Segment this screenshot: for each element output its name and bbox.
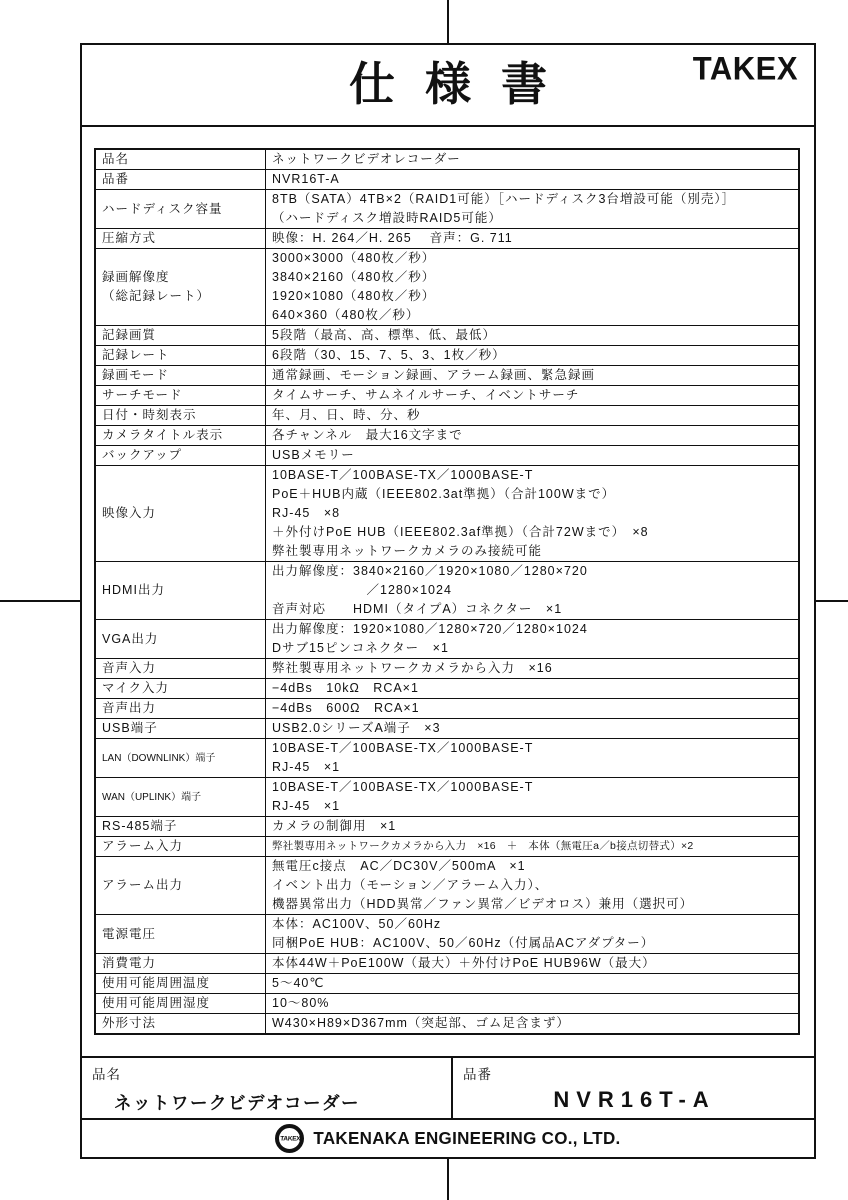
spec-value: −4dBs 10kΩ RCA×1 (266, 679, 798, 698)
spec-row: 使用可能周囲温度5～40℃ (96, 974, 798, 994)
spec-value-line: ＋外付けPoE HUB（IEEE802.3af準拠）（合計72Wまで） ×8 (272, 523, 796, 542)
spec-value-line: NVR16T-A (272, 170, 796, 189)
sheet-body: 品名ネットワークビデオレコーダー品番NVR16T-Aハードディスク容量8TB（S… (82, 127, 814, 1056)
spec-label: 使用可能周囲湿度 (96, 994, 266, 1013)
spec-value-line: 同梱PoE HUB：AC100V、50／60Hz（付属品ACアダプター） (272, 934, 796, 953)
spec-value-line: 無電圧c接点 AC／DC30V／500mA ×1 (272, 857, 796, 876)
spec-value: 5段階（最高、高、標準、低、最低） (266, 326, 798, 345)
spec-label: HDMI出力 (96, 562, 266, 619)
spec-label: 録画モード (96, 366, 266, 385)
spec-value-line: 出力解像度：3840×2160／1920×1080／1280×720 (272, 562, 796, 581)
spec-value-line: 弊社製専用ネットワークカメラのみ接続可能 (272, 542, 796, 561)
spec-value: 弊社製専用ネットワークカメラから入力 ×16 ＋ 本体（無電圧a／b接点切替式）… (266, 837, 798, 856)
spec-value-line: イベント出力（モーション／アラーム入力）、 (272, 876, 796, 895)
spec-value-line: 本体44W＋PoE100W（最大）＋外付けPoE HUB96W（最大） (272, 954, 796, 973)
spec-value: USBメモリー (266, 446, 798, 465)
spec-value-line: RJ-45 ×1 (272, 758, 796, 777)
spec-value-line: 5段階（最高、高、標準、低、最低） (272, 326, 796, 345)
spec-label: USB端子 (96, 719, 266, 738)
spec-row: HDMI出力出力解像度：3840×2160／1920×1080／1280×720… (96, 562, 798, 620)
spec-value: 通常録画、モーション録画、アラーム録画、緊急録画 (266, 366, 798, 385)
spec-value-line: 5～40℃ (272, 974, 796, 993)
takex-logo-text: TAKEX (279, 1135, 300, 1142)
spec-value: USB2.0シリーズA端子 ×3 (266, 719, 798, 738)
spec-row: 使用可能周囲湿度10～80% (96, 994, 798, 1014)
spec-value-line: RJ-45 ×8 (272, 504, 796, 523)
spec-value-line: ／1280×1024 (272, 581, 796, 600)
spec-label: 消費電力 (96, 954, 266, 973)
spec-label: 品名 (96, 150, 266, 169)
spec-label: カメラタイトル表示 (96, 426, 266, 445)
spec-value-line: 通常録画、モーション録画、アラーム録画、緊急録画 (272, 366, 796, 385)
spec-row: WAN（UPLINK）端子10BASE-T／100BASE-TX／1000BAS… (96, 778, 798, 817)
spec-label: 外形寸法 (96, 1014, 266, 1033)
spec-value-line: 10BASE-T／100BASE-TX／1000BASE-T (272, 739, 796, 758)
spec-value: 出力解像度：3840×2160／1920×1080／1280×720 ／1280… (266, 562, 798, 619)
spec-value-line: 10～80% (272, 994, 796, 1013)
spec-value: 各チャンネル 最大16文字まで (266, 426, 798, 445)
takex-logo-icon: TAKEX (275, 1124, 304, 1153)
spec-value: 映像：H. 264／H. 265 音声：G. 711 (266, 229, 798, 248)
spec-value-line: 8TB（SATA）4TB×2（RAID1可能）［ハードディスク3台増設可能（別売… (272, 190, 796, 209)
spec-value-line: 弊社製専用ネットワークカメラから入力 ×16 ＋ 本体（無電圧a／b接点切替式）… (272, 837, 796, 856)
spec-value-line: USB2.0シリーズA端子 ×3 (272, 719, 796, 738)
spec-value: ネットワークビデオレコーダー (266, 150, 798, 169)
spec-label: アラーム出力 (96, 857, 266, 914)
spec-value-line: （ハードディスク増設時RAID5可能） (272, 209, 796, 228)
spec-label: 日付・時刻表示 (96, 406, 266, 425)
spec-label: 電源電圧 (96, 915, 266, 953)
spec-label: LAN（DOWNLINK）端子 (96, 739, 266, 777)
spec-value-line: 10BASE-T／100BASE-TX／1000BASE-T (272, 778, 796, 797)
spec-row: 外形寸法W430×H89×D367mm（突起部、ゴム足含まず） (96, 1014, 798, 1033)
registration-mark-top (447, 0, 449, 45)
spec-row: RS-485端子カメラの制御用 ×1 (96, 817, 798, 837)
spec-row: 記録レート6段階（30、15、7、5、3、1枚／秒） (96, 346, 798, 366)
spec-row: アラーム入力弊社製専用ネットワークカメラから入力 ×16 ＋ 本体（無電圧a／b… (96, 837, 798, 857)
spec-value-line: 640×360（480枚／秒） (272, 306, 796, 325)
spec-label: 品番 (96, 170, 266, 189)
spec-row: 映像入力10BASE-T／100BASE-TX／1000BASE-TPoE＋HU… (96, 466, 798, 562)
spec-row: カメラタイトル表示各チャンネル 最大16文字まで (96, 426, 798, 446)
spec-value-line: 6段階（30、15、7、5、3、1枚／秒） (272, 346, 796, 365)
spec-value-line: 年、月、日、時、分、秒 (272, 406, 796, 425)
registration-mark-right (814, 600, 848, 602)
spec-value: カメラの制御用 ×1 (266, 817, 798, 836)
spec-value-line: 本体：AC100V、50／60Hz (272, 915, 796, 934)
spec-value-line: 各チャンネル 最大16文字まで (272, 426, 796, 445)
spec-sheet-frame: 仕様書 TAKEX 品名ネットワークビデオレコーダー品番NVR16T-Aハードデ… (80, 43, 816, 1159)
footer-title-block: 品名 ネットワークビデオコーダー 品番 NVR16T-A (82, 1056, 814, 1118)
spec-row: バックアップUSBメモリー (96, 446, 798, 466)
spec-row: アラーム出力無電圧c接点 AC／DC30V／500mA ×1イベント出力（モーシ… (96, 857, 798, 915)
spec-row: 圧縮方式映像：H. 264／H. 265 音声：G. 711 (96, 229, 798, 249)
spec-value-line: 1920×1080（480枚／秒） (272, 287, 796, 306)
spec-row: 品番NVR16T-A (96, 170, 798, 190)
spec-value-line: −4dBs 600Ω RCA×1 (272, 699, 796, 718)
company-name: TAKENAKA ENGINEERING CO., LTD. (313, 1128, 620, 1149)
spec-value: 10BASE-T／100BASE-TX／1000BASE-TPoE＋HUB内蔵（… (266, 466, 798, 561)
spec-label: WAN（UPLINK）端子 (96, 778, 266, 816)
spec-value: 3000×3000（480枚／秒）3840×2160（480枚／秒）1920×1… (266, 249, 798, 325)
spec-value: 10BASE-T／100BASE-TX／1000BASE-TRJ-45 ×1 (266, 739, 798, 777)
spec-value-line: カメラの制御用 ×1 (272, 817, 796, 836)
spec-label: バックアップ (96, 446, 266, 465)
spec-value-line: W430×H89×D367mm（突起部、ゴム足含まず） (272, 1014, 796, 1033)
footer-product-number-cell: 品番 NVR16T-A (453, 1058, 814, 1118)
spec-value-line: タイムサーチ、サムネイルサーチ、イベントサーチ (272, 386, 796, 405)
spec-value-line: Dサブ15ピンコネクター ×1 (272, 639, 796, 658)
spec-value: 出力解像度：1920×1080／1280×720／1280×1024Dサブ15ピ… (266, 620, 798, 658)
spec-label: VGA出力 (96, 620, 266, 658)
spec-row: LAN（DOWNLINK）端子10BASE-T／100BASE-TX／1000B… (96, 739, 798, 778)
spec-row: VGA出力出力解像度：1920×1080／1280×720／1280×1024D… (96, 620, 798, 659)
sheet-header: 仕様書 TAKEX (82, 45, 814, 127)
spec-value: 8TB（SATA）4TB×2（RAID1可能）［ハードディスク3台増設可能（別売… (266, 190, 798, 228)
spec-table: 品名ネットワークビデオレコーダー品番NVR16T-Aハードディスク容量8TB（S… (94, 148, 800, 1035)
spec-row: 音声出力−4dBs 600Ω RCA×1 (96, 699, 798, 719)
spec-value: 本体44W＋PoE100W（最大）＋外付けPoE HUB96W（最大） (266, 954, 798, 973)
spec-value-line: 機器異常出力（HDD異常／ファン異常／ビデオロス）兼用（選択可） (272, 895, 796, 914)
spec-row: 録画解像度 （総記録レート）3000×3000（480枚／秒）3840×2160… (96, 249, 798, 326)
spec-label: ハードディスク容量 (96, 190, 266, 228)
spec-value-line: ネットワークビデオレコーダー (272, 150, 796, 169)
spec-value: 本体：AC100V、50／60Hz同梱PoE HUB：AC100V、50／60H… (266, 915, 798, 953)
spec-value: 弊社製専用ネットワークカメラから入力 ×16 (266, 659, 798, 678)
spec-row: 記録画質5段階（最高、高、標準、低、最低） (96, 326, 798, 346)
spec-row: 日付・時刻表示年、月、日、時、分、秒 (96, 406, 798, 426)
spec-value: 6段階（30、15、7、5、3、1枚／秒） (266, 346, 798, 365)
footer-name-label: 品名 (92, 1063, 443, 1083)
footer-name-value: ネットワークビデオコーダー (92, 1090, 443, 1115)
spec-value: −4dBs 600Ω RCA×1 (266, 699, 798, 718)
spec-row: ハードディスク容量8TB（SATA）4TB×2（RAID1可能）［ハードディスク… (96, 190, 798, 229)
spec-value-line: USBメモリー (272, 446, 796, 465)
spec-value-line: 映像：H. 264／H. 265 音声：G. 711 (272, 229, 796, 248)
spec-label: 音声入力 (96, 659, 266, 678)
footer-number-label: 品番 (463, 1063, 806, 1083)
spec-value: 10～80% (266, 994, 798, 1013)
company-bar: TAKEX TAKENAKA ENGINEERING CO., LTD. (82, 1118, 814, 1157)
spec-value-line: 3840×2160（480枚／秒） (272, 268, 796, 287)
spec-value: 10BASE-T／100BASE-TX／1000BASE-TRJ-45 ×1 (266, 778, 798, 816)
spec-value-line: 出力解像度：1920×1080／1280×720／1280×1024 (272, 620, 796, 639)
spec-row: サーチモードタイムサーチ、サムネイルサーチ、イベントサーチ (96, 386, 798, 406)
spec-label: 使用可能周囲温度 (96, 974, 266, 993)
spec-value-line: −4dBs 10kΩ RCA×1 (272, 679, 796, 698)
spec-row: 電源電圧本体：AC100V、50／60Hz同梱PoE HUB：AC100V、50… (96, 915, 798, 954)
spec-row: 音声入力弊社製専用ネットワークカメラから入力 ×16 (96, 659, 798, 679)
footer-number-value: NVR16T-A (463, 1087, 806, 1113)
spec-row: 録画モード通常録画、モーション録画、アラーム録画、緊急録画 (96, 366, 798, 386)
spec-label: 記録画質 (96, 326, 266, 345)
registration-mark-bottom (447, 1157, 449, 1200)
spec-label: サーチモード (96, 386, 266, 405)
spec-value: NVR16T-A (266, 170, 798, 189)
spec-label: 記録レート (96, 346, 266, 365)
spec-value-line: PoE＋HUB内蔵（IEEE802.3at準拠）（合計100Wまで） (272, 485, 796, 504)
spec-label: RS-485端子 (96, 817, 266, 836)
spec-value: 5～40℃ (266, 974, 798, 993)
spec-value: W430×H89×D367mm（突起部、ゴム足含まず） (266, 1014, 798, 1033)
spec-label: 音声出力 (96, 699, 266, 718)
spec-row: 品名ネットワークビデオレコーダー (96, 150, 798, 170)
brand-logo-text: TAKEX (693, 50, 798, 88)
spec-label: マイク入力 (96, 679, 266, 698)
spec-label: 録画解像度 （総記録レート） (96, 249, 266, 325)
spec-label: 映像入力 (96, 466, 266, 561)
spec-row: USB端子USB2.0シリーズA端子 ×3 (96, 719, 798, 739)
spec-value-line: 弊社製専用ネットワークカメラから入力 ×16 (272, 659, 796, 678)
footer-product-name-cell: 品名 ネットワークビデオコーダー (82, 1058, 453, 1118)
spec-value-line: 音声対応 HDMI（タイプA）コネクター ×1 (272, 600, 796, 619)
spec-value-line: 3000×3000（480枚／秒） (272, 249, 796, 268)
spec-value: タイムサーチ、サムネイルサーチ、イベントサーチ (266, 386, 798, 405)
spec-value-line: RJ-45 ×1 (272, 797, 796, 816)
spec-row: マイク入力−4dBs 10kΩ RCA×1 (96, 679, 798, 699)
spec-label: 圧縮方式 (96, 229, 266, 248)
spec-label: アラーム入力 (96, 837, 266, 856)
spec-value: 無電圧c接点 AC／DC30V／500mA ×1イベント出力（モーション／アラー… (266, 857, 798, 914)
spec-row: 消費電力本体44W＋PoE100W（最大）＋外付けPoE HUB96W（最大） (96, 954, 798, 974)
spec-value: 年、月、日、時、分、秒 (266, 406, 798, 425)
registration-mark-left (0, 600, 82, 602)
spec-value-line: 10BASE-T／100BASE-TX／1000BASE-T (272, 466, 796, 485)
